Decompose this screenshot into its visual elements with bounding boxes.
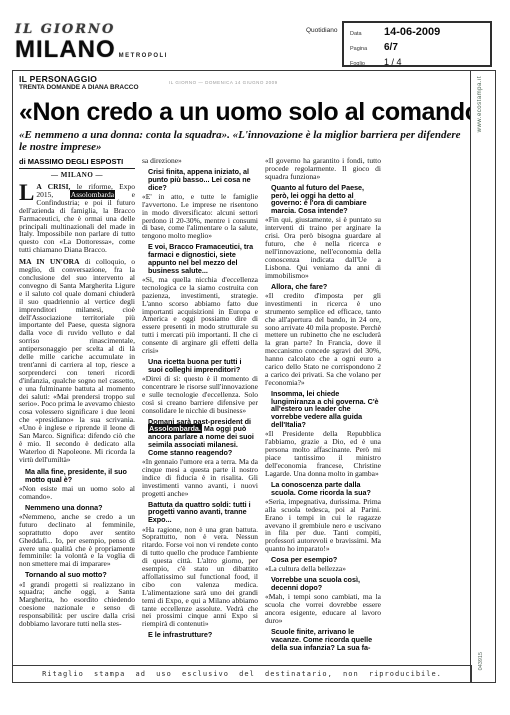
interview-question: Allora, che fare? — [265, 283, 381, 291]
article-paragraph: «In gennaio l'umore era a terra. Ma da c… — [142, 458, 258, 498]
interview-question: E le infrastrutture? — [142, 631, 258, 639]
interview-question: Domani sarà past-president di Assolombar… — [142, 418, 258, 457]
stamp-row-sheet: Foglio 1 / 4 — [350, 56, 484, 71]
article-headline: «Non credo a un uomo solo al comando» — [19, 98, 465, 127]
highlighted-keyword: Assolombarda. — [148, 424, 202, 433]
interview-question: Tornando al suo motto? — [19, 571, 135, 579]
clipping-code: 043915 — [478, 652, 484, 670]
article-paragraph: «Il governo ha garantito i fondi, tutto … — [265, 157, 381, 181]
highlighted-keyword: Assolombarda — [70, 190, 115, 199]
edition-name: MILANO — [15, 36, 116, 64]
stamp-label-date: Data — [350, 28, 384, 41]
article-paragraph: LA CRISI, le riforme, Expo 2015, Assolom… — [19, 183, 135, 254]
interview-question: Nemmeno una donna? — [19, 504, 135, 512]
byline: di MASSIMO DEGLI ESPOSTI— MILANO — — [19, 157, 135, 179]
interview-question: Una ricetta buona per tutti i suoi colle… — [142, 358, 258, 374]
stamp-row-date: Data 14-06-2009 — [350, 26, 484, 41]
press-clipping-stamp-box: Data 14-06-2009 Pagina 6/7 Foglio 1 / 4 — [342, 21, 492, 67]
ecostampa-margin-strip: www.ecostampa.it 043915 — [470, 71, 495, 682]
interview-question: Scuole finite, arrivano le vacanze. Come… — [265, 628, 381, 651]
interview-question: Vorrebbe una scuola così, decenni dopo? — [265, 576, 381, 592]
article-paragraph: «Mah, i tempi sono cambiati, ma la scuol… — [265, 593, 381, 625]
article-paragraph: «Sì, ma quella nicchia d'eccellenza tecn… — [142, 276, 258, 355]
article-columns: di MASSIMO DEGLI ESPOSTI— MILANO —LA CRI… — [19, 157, 391, 667]
article-paragraph: MA IN UN'ORA di colloquio, o meglio, di … — [19, 258, 135, 464]
clipping-frame: IL PERSONAGGIO TRENTA DOMANDE A DIANA BR… — [12, 70, 496, 683]
article-paragraph: «Il Presidente della Repubblica l'abbiam… — [265, 430, 381, 477]
interview-question: Battuta da quattro soldi: tutti i proget… — [142, 501, 258, 524]
stamp-row-page: Pagina 6/7 — [350, 41, 484, 56]
stamp-value-page: 6/7 — [384, 41, 398, 54]
interview-question: Crisi finita, appena iniziato, al punto … — [142, 168, 258, 191]
byline-place: — MILANO — — [19, 171, 135, 179]
article-paragraph: «Il credito d'imposta per gli investimen… — [265, 292, 381, 387]
lead-in-caps: MA IN UN'ORA — [19, 257, 79, 266]
article-paragraph: sa direzione» — [142, 157, 258, 165]
article-paragraph: «Seria, impegnativa, durissima. Prima al… — [265, 498, 381, 553]
article-paragraph: «La cultura della bellezza» — [265, 565, 381, 573]
edition-tag: METROPOLI — [119, 53, 168, 59]
edition-date-note: IL GIORNO — DOMENICA 14 GIUGNO 2009 — [169, 80, 278, 85]
article-paragraph: «E' in atto, e tutte le famiglie l'avver… — [142, 193, 258, 240]
stamp-value-sheet: 1 / 4 — [384, 56, 402, 69]
byline-author: di MASSIMO DEGLI ESPOSTI — [19, 157, 135, 166]
byline-rule — [19, 168, 135, 169]
drop-cap: L — [19, 183, 36, 202]
article-paragraph: «I grandi progetti si realizzano in squa… — [19, 581, 135, 628]
ecostampa-watermark: www.ecostampa.it — [477, 76, 483, 132]
interview-question: Ma alla fine, presidente, il suo motto q… — [19, 468, 135, 484]
interview-question: La conoscenza parte dalla scuola. Come r… — [265, 481, 381, 497]
article-column-1: di MASSIMO DEGLI ESPOSTI— MILANO —LA CRI… — [19, 157, 135, 667]
footer-notice-text: Ritaglio stampa ad uso esclusivo del des… — [42, 670, 442, 678]
article-column-3: «Il governo ha garantito i fondi, tutto … — [265, 157, 381, 667]
article: IL PERSONAGGIO TRENTA DOMANDE A DIANA BR… — [13, 71, 471, 667]
masthead: IL GIORNO MILANO METROPOLI — [15, 22, 305, 64]
stamp-label-page: Pagina — [350, 43, 384, 56]
interview-question: Cosa per esempio? — [265, 556, 381, 564]
article-deck: «E nemmeno a una donna: conta la squadra… — [19, 129, 465, 153]
article-paragraph: «Nemmeno, anche se credo a un futuro dec… — [19, 513, 135, 568]
footer-notice-bar: Ritaglio stampa ad uso esclusivo del des… — [12, 665, 472, 683]
article-column-2: sa direzione»Crisi finita, appena inizia… — [142, 157, 258, 667]
article-paragraph: «Fin qui, giustamente, si è puntato su i… — [265, 216, 381, 279]
stamp-value-date: 14-06-2009 — [384, 26, 440, 39]
kicker-strap: TRENTA DOMANDE A DIANA BRACCO — [19, 84, 465, 91]
newspaper-clipping-page: IL GIORNO MILANO METROPOLI Quotidiano Da… — [0, 0, 510, 715]
interview-question: Insomma, lei chiede lungimiranza a chi g… — [265, 390, 381, 429]
interview-question: Quanto al futuro del Paese, però, lei og… — [265, 184, 381, 215]
article-paragraph: «Ha ragione, non è una gran battuta. Sop… — [142, 526, 258, 629]
article-paragraph: «Non esiste mai un uomo solo al comando»… — [19, 485, 135, 501]
frequency-label: Quotidiano — [306, 27, 337, 34]
article-paragraph: «Direi di sì: questo è il momento di con… — [142, 375, 258, 415]
lead-in-caps: A CRISI, — [36, 182, 70, 191]
newspaper-title: IL GIORNO — [15, 22, 305, 37]
interview-question: E voi, Bracco Framaceutici, tra farmaci … — [142, 243, 258, 274]
